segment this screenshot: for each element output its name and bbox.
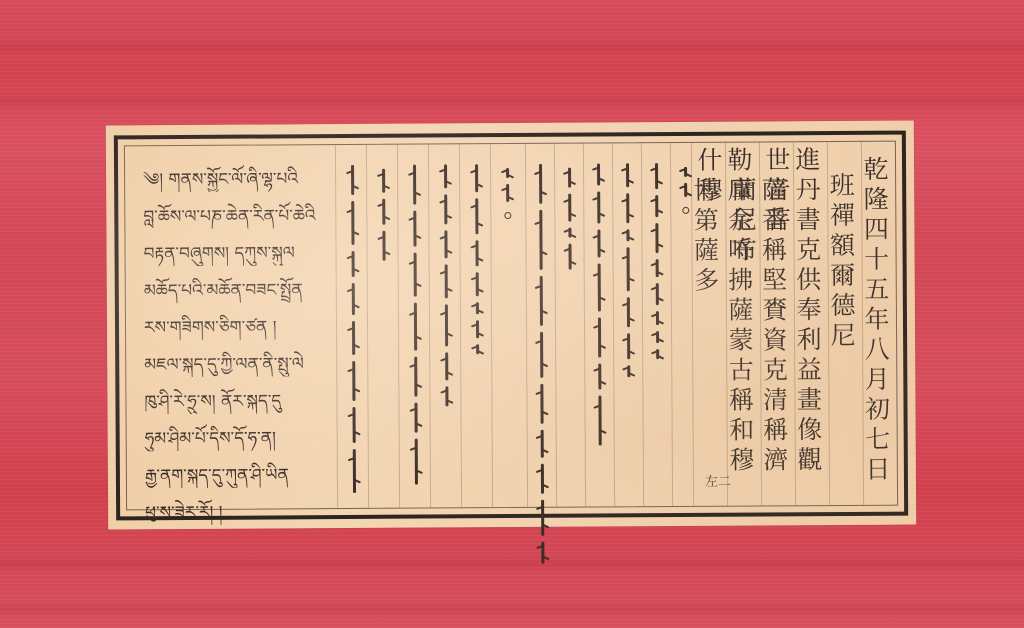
script-word — [655, 259, 658, 277]
mongolian-column — [497, 168, 517, 227]
script-word — [539, 210, 542, 270]
script-word — [444, 164, 447, 188]
manchu-column — [617, 163, 638, 383]
script-word — [413, 211, 416, 247]
tibetan-line-text: མཆོད་པའི་མཆོན་བཟང་སྤྲོན — [144, 280, 303, 301]
script-word — [444, 194, 447, 224]
script-word — [444, 230, 447, 258]
silk-fold — [0, 600, 1024, 618]
script-word — [540, 384, 543, 424]
tibetan-line-text: བརྟན་བཞུགས། དཀུས་སྐུལ — [143, 243, 294, 264]
mongolian-column — [342, 165, 364, 499]
chinese-column-date: 乾隆四十五年八月初七日 — [859, 156, 891, 486]
script-word — [568, 194, 571, 222]
script-word — [475, 164, 478, 192]
script-word — [475, 320, 478, 338]
tibetan-line: མཇལ་སྐད་དུ་ཀྱི་ལན་ནི་སྤུ་ལེ — [144, 344, 328, 377]
script-word — [414, 439, 417, 485]
tibetan-line-text: ཕུ་ས་ཟེར་རོ། ། — [145, 503, 223, 523]
tibetan-line: ཧུམ་ཤིམ་པོ་དིས་དོ་ཧ་ན། — [145, 418, 329, 451]
mongolian-column — [373, 169, 394, 267]
script-word — [475, 240, 478, 266]
script-word — [684, 167, 687, 177]
script-word — [382, 199, 385, 225]
script-word — [656, 349, 659, 359]
script-word — [598, 395, 601, 445]
position-mark: 左二 — [705, 471, 731, 490]
script-word — [541, 500, 544, 536]
script-word — [540, 430, 543, 458]
tibetan-line-text: རྒྱ་ནག་སྐད་དུ་ཀུན་ཤི་ཡིན — [145, 465, 289, 486]
script-word — [684, 183, 687, 197]
script-word — [351, 201, 354, 245]
script-word — [655, 195, 658, 217]
script-word — [568, 228, 571, 238]
tibetan-line: བརྟན་བཞུགས། དཀུས་སྐུལ — [143, 233, 327, 266]
mongolian-text-section — [335, 144, 527, 508]
manchu-column — [530, 164, 552, 570]
silk-fold — [0, 555, 1024, 573]
script-word — [626, 229, 629, 241]
script-word — [540, 332, 543, 378]
script-word — [352, 361, 355, 401]
script-word — [598, 363, 601, 389]
script-word — [351, 321, 354, 355]
script-word — [626, 247, 629, 291]
script-word — [382, 169, 385, 193]
script-word — [597, 317, 600, 357]
tibetan-line-text: ཧུམ་ཤིམ་པོ་དིས་དོ་ཧ་ན། — [145, 428, 276, 449]
script-word — [445, 352, 448, 380]
script-word — [597, 263, 600, 311]
script-word — [626, 297, 629, 327]
tibetan-line-text: རས་གཟིགས་ཅིག་ཙན ། — [144, 317, 277, 338]
script-word — [568, 244, 571, 270]
punctuation-mark — [504, 212, 511, 219]
script-word — [382, 231, 385, 261]
tibetan-text-section: ༄། གནས་སྐྱོང་ལོ་ཞི་ལྷ་པའིབླ་ཆོས་ལ་པཎ་ཆེན… — [125, 145, 339, 509]
tibetan-line-text: མཇལ་སྐད་དུ་ཀྱི་ལན་ནི་སྤུ་ལེ — [144, 354, 304, 375]
script-word — [351, 165, 354, 195]
script-word — [351, 251, 354, 277]
tibetan-line: རྒྱ་ནག་སྐད་དུ་ཀུན་ཤི་ཡིན — [145, 455, 329, 488]
chinese-text-section: 乾隆四十五年八月初七日 班禪額爾德尼 進丹書克供奉利益畫像觀世音菩 薩番稱堅賚資… — [691, 142, 897, 506]
script-word — [626, 163, 629, 187]
script-word — [540, 464, 543, 494]
script-word — [655, 223, 658, 253]
tibetan-lines: ༄། གནས་སྐྱོང་ལོ་ཞི་ལྷ་པའིབླ་ཆོས་ལ་པཎ་ཆེན… — [125, 145, 337, 146]
script-word — [444, 304, 447, 346]
script-word — [627, 365, 630, 377]
script-word — [656, 331, 659, 343]
script-word — [413, 253, 416, 297]
script-word — [655, 311, 658, 325]
document-paper: 乾隆四十五年八月初七日 班禪額爾德尼 進丹書克供奉利益畫像觀世音菩 薩番稱堅賚資… — [106, 121, 916, 530]
script-word — [626, 193, 629, 223]
tibetan-line-text: ༄། གནས་སྐྱོང་ལོ་ཞི་ལྷ་པའི — [143, 169, 298, 190]
script-word — [413, 165, 416, 205]
mongolian-column — [435, 164, 457, 412]
punctuation-mark — [682, 207, 689, 214]
script-word — [597, 163, 600, 185]
manchu-text-section — [525, 143, 703, 507]
outer-border: 乾隆四十五年八月初七日 班禪額爾德尼 進丹書克供奉利益畫像觀世音菩 薩番稱堅賚資… — [114, 131, 908, 521]
chinese-column-2: 班禪額爾德尼 — [825, 172, 856, 352]
inner-border: 乾隆四十五年八月初七日 班禪額爾德尼 進丹書克供奉利益畫像觀世音菩 薩番稱堅賚資… — [124, 141, 898, 511]
script-word — [627, 333, 630, 359]
script-word — [414, 403, 417, 433]
tibetan-line: མཆོད་པའི་མཆོན་བཟང་སྤྲོན — [144, 270, 328, 303]
script-word — [476, 344, 479, 354]
script-word — [597, 191, 600, 223]
tibetan-line-text: བླ་ཆོས་ལ་པཎ་ཆེན་རིན་པོ་ཆེའི — [143, 206, 315, 227]
script-word — [539, 164, 542, 204]
script-word — [444, 264, 447, 298]
script-word — [475, 302, 478, 314]
tibetan-line: བླ་ཆོས་ལ་པཎ་ཆེན་རིན་པོ་ཆེའི — [143, 196, 327, 229]
script-word — [352, 449, 355, 493]
script-word — [506, 168, 509, 178]
tibetan-line: ༄། གནས་སྐྱོང་ལོ་ཞི་ལྷ་པའི — [143, 159, 327, 192]
script-word — [568, 168, 571, 188]
silk-fold — [0, 38, 1024, 56]
script-word — [475, 272, 478, 296]
script-word — [597, 229, 600, 257]
script-word — [541, 542, 544, 564]
tibetan-line: ཁུ་ཤི་རེ་ཧྲུ་ས། ནོར་སྐད་དུ — [144, 381, 328, 414]
script-word — [351, 283, 354, 315]
tibetan-line: རས་གཟིགས་ཅིག་ཙན ། — [144, 307, 328, 340]
mongolian-column — [404, 165, 426, 491]
manchu-column — [646, 163, 667, 365]
script-word — [352, 407, 355, 443]
script-word — [445, 386, 448, 406]
tibetan-line-text: ཁུ་ཤི་རེ་ཧྲུ་ས། ནོར་སྐད་དུ — [144, 391, 281, 412]
script-word — [506, 184, 509, 202]
script-word — [413, 303, 416, 351]
script-word — [655, 283, 658, 305]
mongolian-column — [466, 164, 487, 360]
script-word — [539, 276, 542, 326]
manchu-column — [559, 168, 580, 276]
manchu-column — [675, 167, 695, 222]
script-word — [475, 198, 478, 234]
tibetan-line: ཕུ་ས་ཟེར་རོ། ། — [145, 492, 329, 525]
manchu-column — [588, 163, 610, 451]
script-word — [414, 357, 417, 397]
script-word — [655, 163, 658, 189]
silk-fold — [0, 92, 1024, 110]
